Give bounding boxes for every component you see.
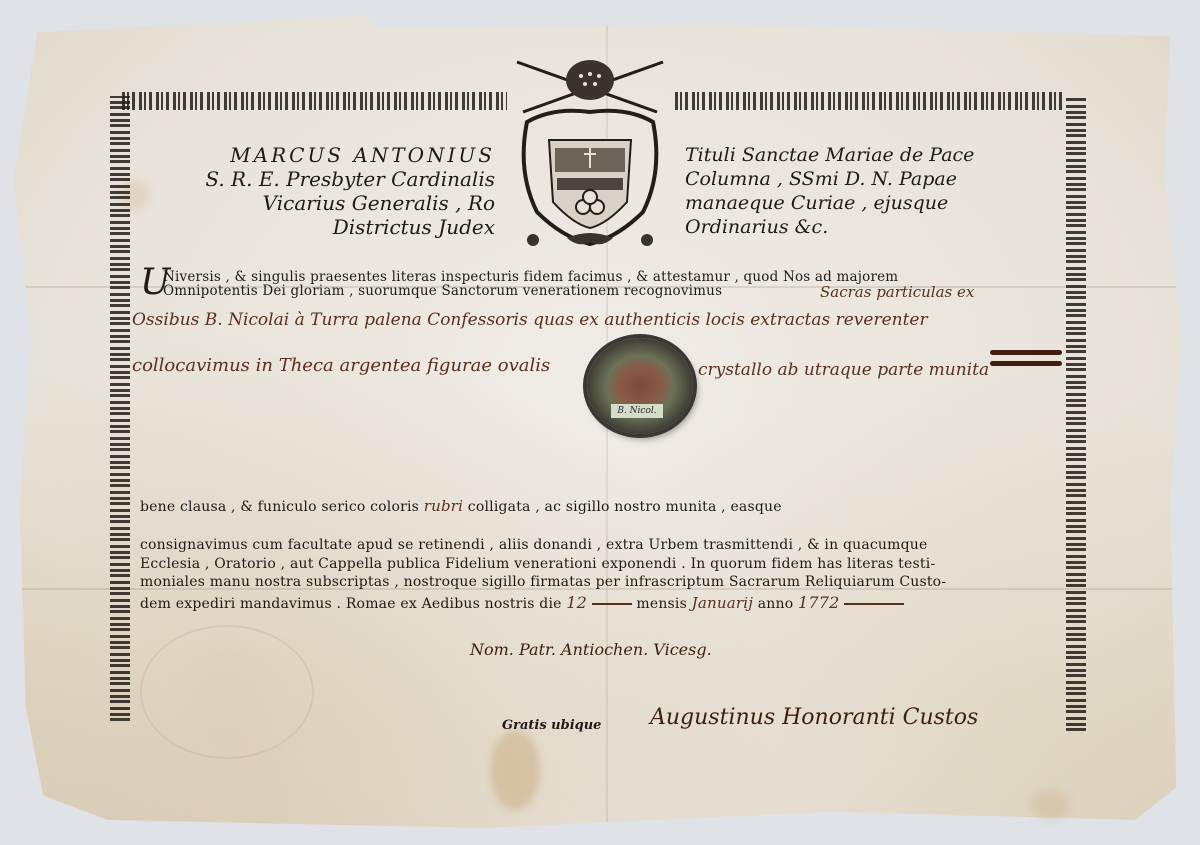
ink-dash bbox=[844, 603, 904, 605]
ink-dash bbox=[592, 603, 632, 605]
printed-text: mensis bbox=[636, 596, 687, 612]
header-right-line: manaeque Curiae , ejusque bbox=[685, 191, 974, 215]
ink-line bbox=[990, 361, 1062, 366]
gratis-ubique: Gratis ubique bbox=[502, 718, 601, 733]
coat-of-arms-icon bbox=[507, 52, 673, 248]
header-left-line: Districtus Judex bbox=[160, 215, 495, 239]
handwritten-color: rubri bbox=[424, 497, 463, 515]
printed-text: anno bbox=[758, 596, 794, 612]
embossed-seal bbox=[140, 625, 314, 759]
printed-line: Ecclesia , Oratorio , aut Cappella publi… bbox=[140, 556, 935, 572]
reliquary-label: B. Nicol. bbox=[611, 404, 663, 418]
printed-line: Omnipotentis Dei gloriam , suorumque San… bbox=[163, 283, 722, 299]
printed-line: consignavimus cum facultate apud se reti… bbox=[140, 537, 927, 553]
ornamental-border-top-right bbox=[675, 92, 1065, 110]
printed-text: bene clausa , & funiculo serico coloris bbox=[140, 499, 419, 515]
stain bbox=[490, 730, 540, 810]
printed-line: dem expediri mandavimus . Romae ex Aedib… bbox=[140, 593, 904, 612]
handwritten-line: crystallo ab utraque parte munita bbox=[698, 360, 989, 380]
handwritten-line: Sacras particulas ex bbox=[820, 283, 974, 301]
printed-line: bene clausa , & funiculo serico coloris … bbox=[140, 497, 782, 515]
handwritten-day: 12 bbox=[566, 593, 587, 612]
signature-custos: Augustinus Honoranti Custos bbox=[650, 705, 978, 730]
handwritten-line: collocavimus in Theca argentea figurae o… bbox=[132, 355, 550, 376]
header-right-line: Ordinarius &c. bbox=[685, 215, 974, 239]
reliquary-theca: B. Nicol. bbox=[587, 338, 693, 434]
handwritten-month: Januarij bbox=[692, 594, 753, 612]
header-left-line: S. R. E. Presbyter Cardinalis bbox=[160, 167, 495, 191]
handwritten-year: 1772 bbox=[798, 593, 840, 612]
printed-text: colligata , ac sigillo nostro munita , e… bbox=[468, 499, 782, 515]
header-right-line: Tituli Sanctae Mariae de Pace bbox=[685, 143, 974, 167]
ink-line bbox=[990, 350, 1062, 355]
handwritten-line: Ossibus B. Nicolai à Turra palena Confes… bbox=[132, 310, 928, 330]
header-right-line: Columna , SSmi D. N. Papae bbox=[685, 167, 974, 191]
printed-text: dem expediri mandavimus . Romae ex Aedib… bbox=[140, 596, 562, 612]
printed-line: moniales manu nostra subscriptas , nostr… bbox=[140, 574, 946, 590]
header-right: Tituli Sanctae Mariae de Pace Columna , … bbox=[685, 143, 974, 239]
header-left-line: MARCUS ANTONIUS bbox=[160, 143, 495, 167]
ornamental-border-top-left bbox=[122, 92, 507, 110]
header-left-line: Vicarius Generalis , Ro bbox=[160, 191, 495, 215]
ornamental-border-right bbox=[1066, 96, 1086, 731]
stain bbox=[1030, 790, 1070, 820]
signature-vicegerent: Nom. Patr. Antiochen. Vicesg. bbox=[470, 640, 712, 659]
ornamental-border-left bbox=[110, 96, 130, 721]
header-left: MARCUS ANTONIUS S. R. E. Presbyter Cardi… bbox=[160, 143, 495, 239]
